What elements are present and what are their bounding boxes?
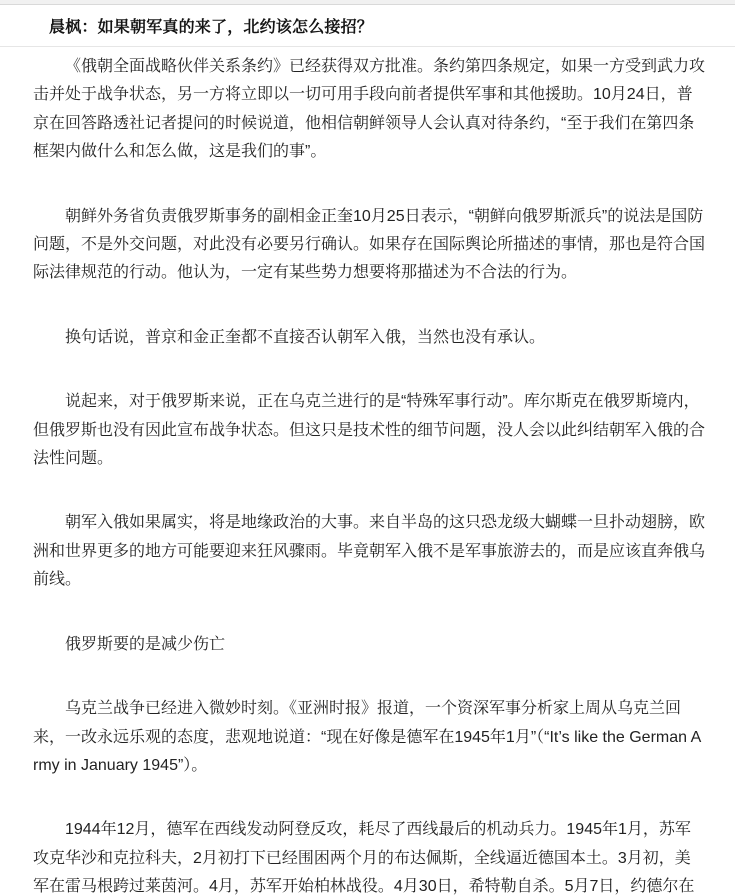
article-title: 晨枫：如果朝军真的来了，北约该怎么接招？ bbox=[49, 14, 373, 37]
article-paragraph: 朝鲜外务省负责俄罗斯事务的副相金正奎10月25日表示，“朝鲜向俄罗斯派兵”的说法… bbox=[33, 203, 705, 288]
article-paragraph: 乌克兰战争已经进入微妙时刻。《亚洲时报》报道，一个资深军事分析家上周从乌克兰回来… bbox=[33, 695, 705, 780]
article-header-bar: 晨枫：如果朝军真的来了，北约该怎么接招？ bbox=[0, 5, 735, 47]
section-subheading: 俄罗斯要的是减少伤亡 bbox=[33, 631, 705, 659]
article-body: 《俄朝全面战略伙伴关系条约》已经获得双方批准。条约第四条规定，如果一方受到武力攻… bbox=[0, 47, 735, 895]
article-paragraph: 换句话说，普京和金正奎都不直接否认朝军入俄，当然也没有承认。 bbox=[33, 324, 705, 352]
article-paragraph: 《俄朝全面战略伙伴关系条约》已经获得双方批准。条约第四条规定，如果一方受到武力攻… bbox=[33, 53, 705, 167]
article-paragraph: 1944年12月，德军在西线发动阿登反攻，耗尽了西线最后的机动兵力。1945年1… bbox=[33, 816, 705, 895]
article-paragraph: 朝军入俄如果属实，将是地缘政治的大事。来自半岛的这只恐龙级大蝴蝶一旦扑动翅膀，欧… bbox=[33, 509, 705, 594]
article-paragraph: 说起来，对于俄罗斯来说，正在乌克兰进行的是“特殊军事行动”。库尔斯克在俄罗斯境内… bbox=[33, 388, 705, 473]
